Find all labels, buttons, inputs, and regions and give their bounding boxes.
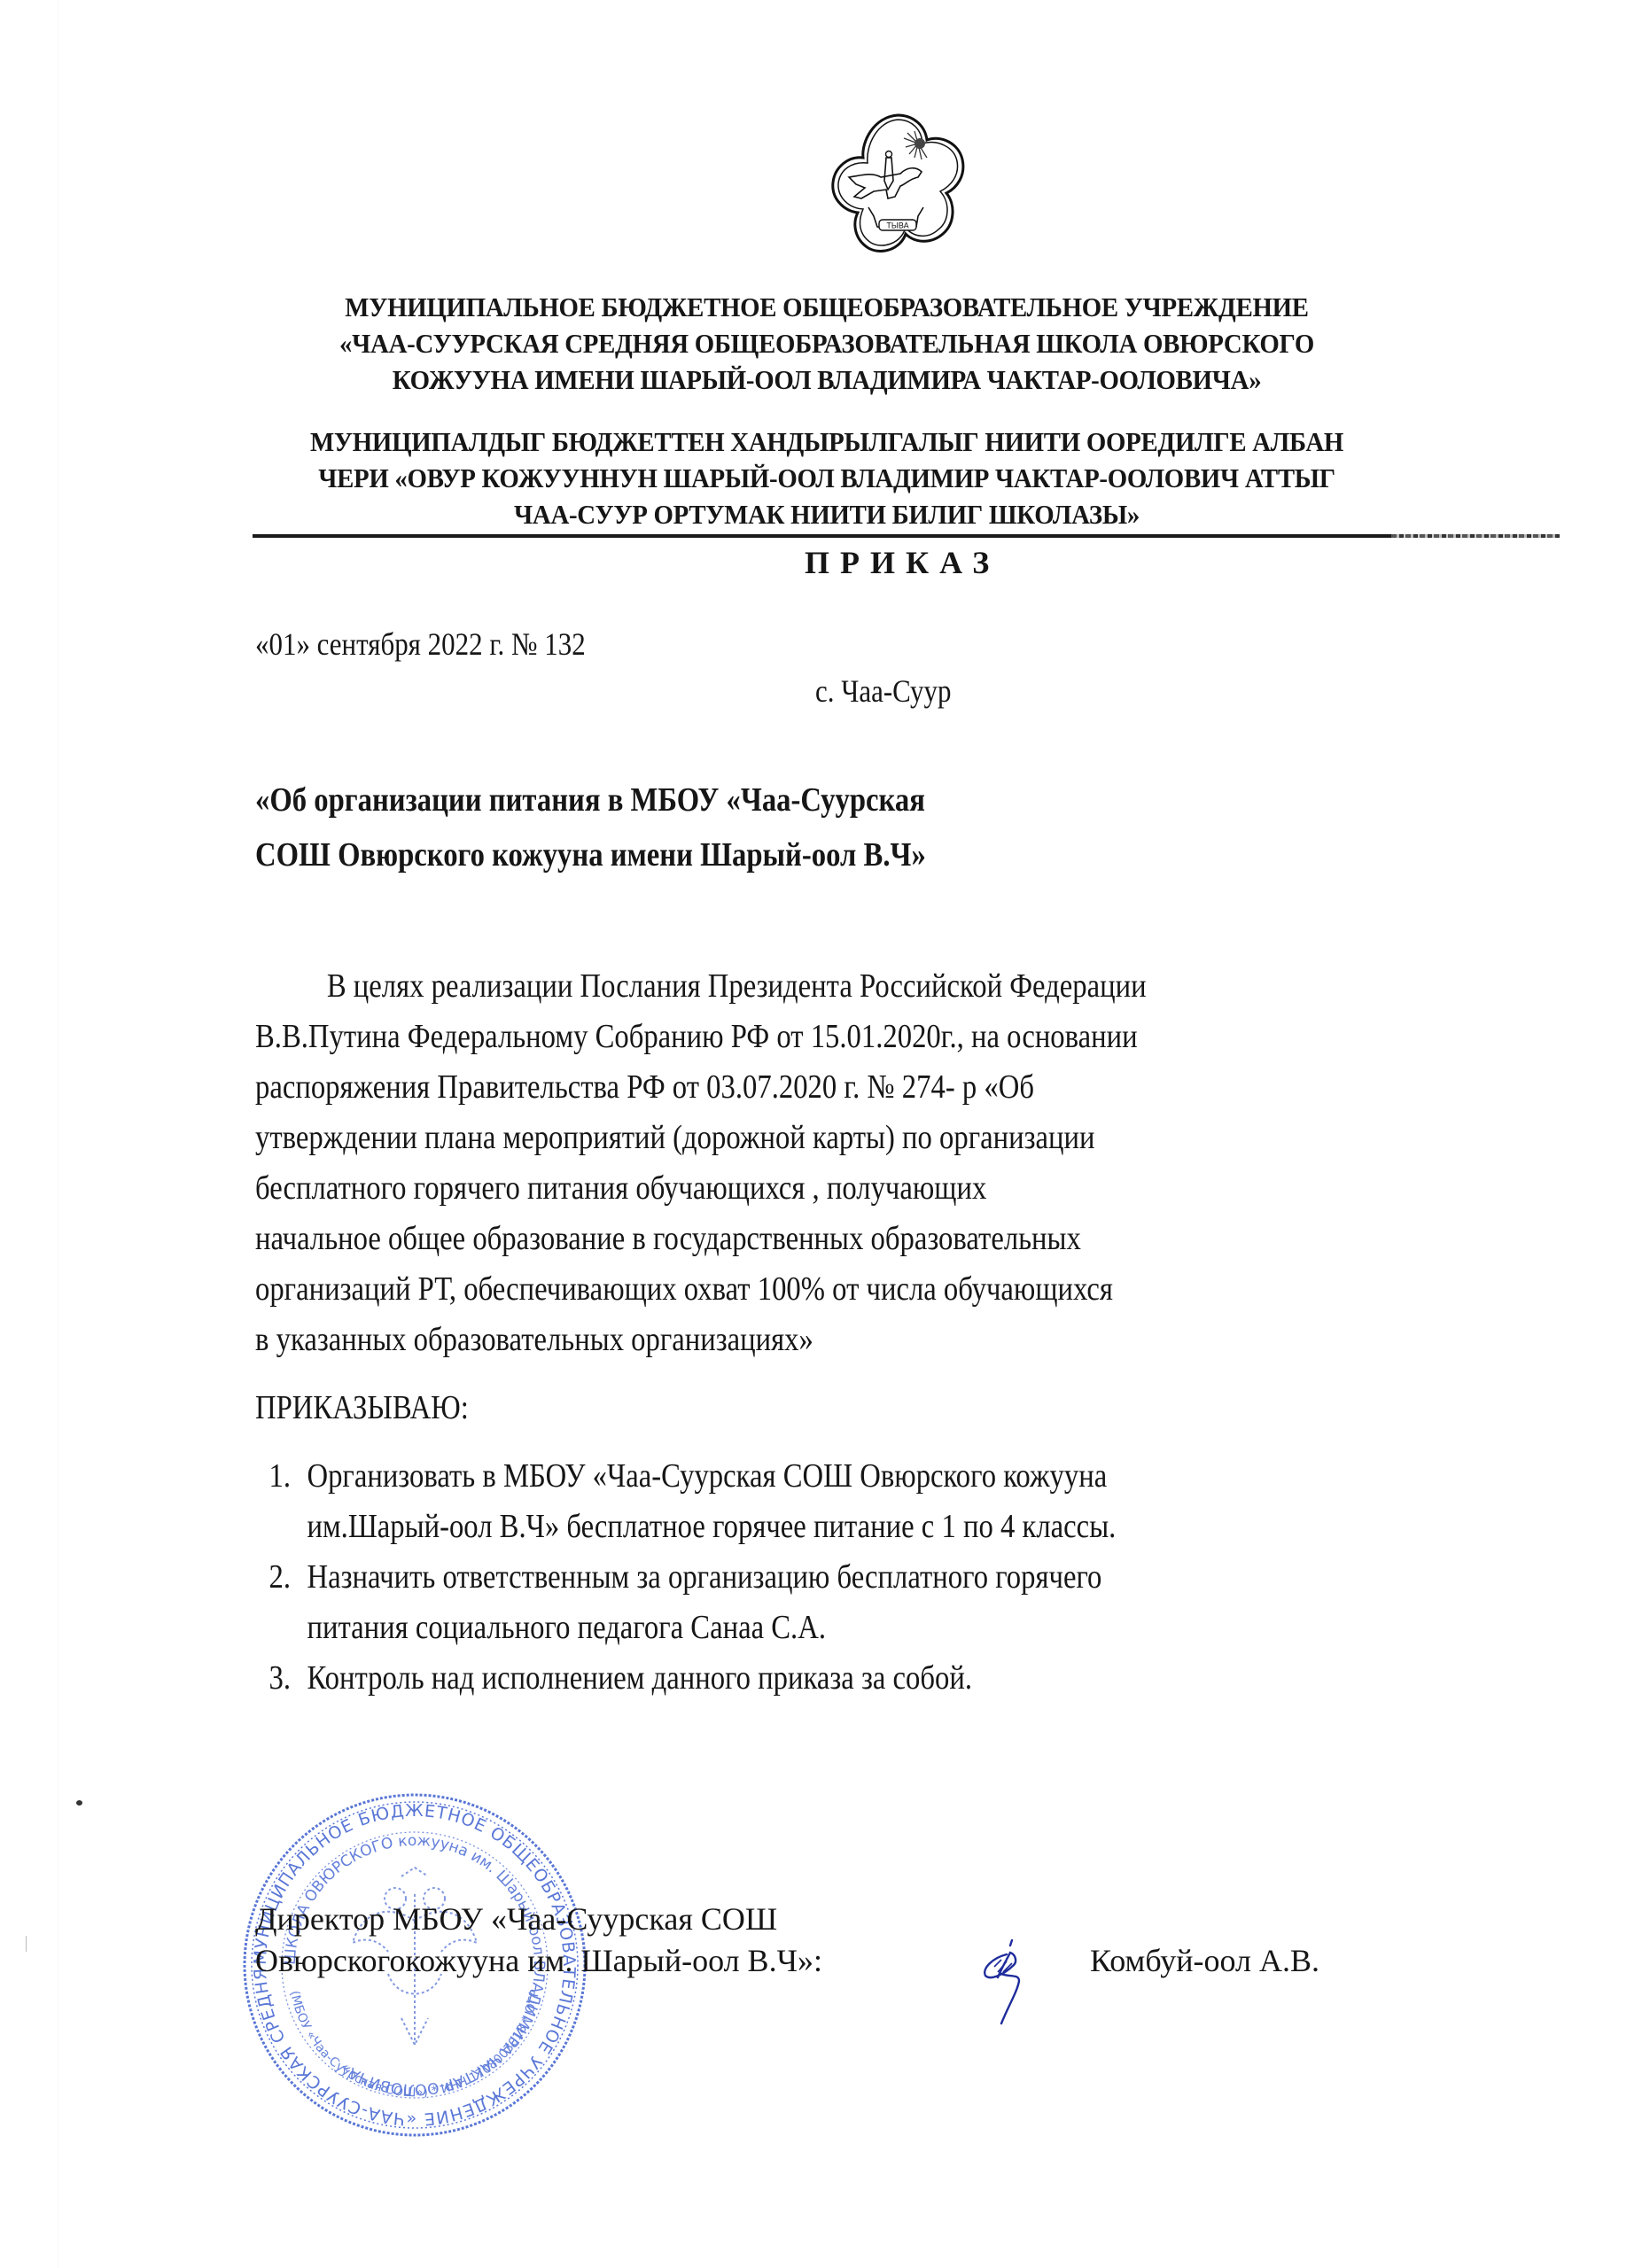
order-item-number: 2. xyxy=(269,1552,291,1603)
svg-text:ТЫВА: ТЫВА xyxy=(886,221,908,230)
tuva-coat-of-arms-icon: ТЫВА xyxy=(822,110,973,259)
scan-dust-artifact xyxy=(76,1800,82,1806)
header-ty-line-1: МУНИЦИПАЛДЫГ БЮДЖЕТТЕН ХАНДЫРЫЛГАЛЫГ НИИ… xyxy=(59,423,1594,460)
document-type-title: ПРИКАЗ xyxy=(805,542,1000,583)
order-place: с. Чаа-Суур xyxy=(815,672,951,711)
order-subject: «Об организации питания в МБОУ «Чаа-Суур… xyxy=(255,773,926,882)
header-ru-line-3: КОЖУУНА ИМЕНИ ШАРЫЙ-ООЛ ВЛАДИМИРА ЧАКТАР… xyxy=(59,361,1594,398)
preamble-line-4: утверждении плана мероприятий (дорожной … xyxy=(255,1113,1475,1163)
signatory-position-line-1: Директор МБОУ «Чаа-Суурская СОШ xyxy=(255,1899,822,1940)
order-items-list: 1. Организовать в МБОУ «Чаа-Суурская СОШ… xyxy=(255,1451,1475,1704)
order-date-number: «01» сентября 2022 г. № 132 xyxy=(255,625,586,664)
order-item-line: питания социального педагога Санаа С.А. xyxy=(307,1603,1475,1653)
signatory-name: Комбуй-оол А.В. xyxy=(1090,1940,1319,1982)
order-heading: ПРИКАЗЫВАЮ: xyxy=(255,1386,469,1429)
header-ty-line-3: ЧАА-СУУР ОРТУМАК НИИТИ БИЛИГ ШКОЛАЗЫ» xyxy=(59,496,1594,532)
preamble-line-3: распоряжения Правительства РФ от 03.07.2… xyxy=(255,1062,1475,1113)
signatory-position-line-2: Овюрскогокожууна им. Шарый-оол В.Ч»: xyxy=(255,1940,822,1982)
order-item-line: Организовать в МБОУ «Чаа-Суурская СОШ Ов… xyxy=(307,1451,1475,1502)
preamble-line-2: В.В.Путина Федеральному Собранию РФ от 1… xyxy=(255,1012,1475,1062)
preamble-line-7: организаций РТ, обеспечивающих охват 100… xyxy=(255,1264,1475,1315)
order-item: 2. Назначить ответственным за организаци… xyxy=(255,1552,1475,1653)
order-item-line: Контроль над исполнением данного приказа… xyxy=(307,1653,1475,1704)
order-item-line: Назначить ответственным за организацию б… xyxy=(307,1552,1475,1603)
header-ru-line-2: «ЧАА-СУУРСКАЯ СРЕДНЯЯ ОБЩЕОБРАЗОВАТЕЛЬНА… xyxy=(59,325,1594,361)
order-item-number: 3. xyxy=(269,1653,291,1704)
preamble-line-1: В целях реализации Послания Президента Р… xyxy=(255,961,1475,1012)
subject-line-1: «Об организации питания в МБОУ «Чаа-Суур… xyxy=(255,773,926,827)
order-item-line: им.Шарый-оол В.Ч» бесплатное горячее пит… xyxy=(307,1502,1475,1552)
preamble-line-8: в указанных образовательных организациях… xyxy=(255,1315,1475,1365)
institution-name-tuvan: МУНИЦИПАЛДЫГ БЮДЖЕТТЕН ХАНДЫРЫЛГАЛЫГ НИИ… xyxy=(59,423,1594,532)
subject-line-2: СОШ Овюрского кожууна имени Шарый-оол В.… xyxy=(255,827,926,882)
preamble-line-6: начальное общее образование в государств… xyxy=(255,1214,1475,1264)
header-ru-line-1: МУНИЦИПАЛЬНОЕ БЮДЖЕТНОЕ ОБЩЕОБРАЗОВАТЕЛЬ… xyxy=(59,289,1594,325)
scan-line-artifact xyxy=(58,0,58,2268)
order-item: 1. Организовать в МБОУ «Чаа-Суурская СОШ… xyxy=(255,1451,1475,1552)
scan-mark-artifact xyxy=(26,1936,30,1952)
handwritten-signature-icon xyxy=(975,1938,1037,2027)
institution-name-russian: МУНИЦИПАЛЬНОЕ БЮДЖЕТНОЕ ОБЩЕОБРАЗОВАТЕЛЬ… xyxy=(59,289,1594,398)
order-item: 3. Контроль над исполнением данного прик… xyxy=(255,1653,1475,1704)
header-ty-line-2: ЧЕРИ «ОВУР КОЖУУННУН ШАРЫЙ-ООЛ ВЛАДИМИР … xyxy=(59,460,1594,496)
signatory-position: Директор МБОУ «Чаа-Суурская СОШ Овюрског… xyxy=(255,1899,822,1982)
preamble-line-5: бесплатного горячего питания обучающихся… xyxy=(255,1163,1475,1214)
preamble-paragraph: В целях реализации Послания Президента Р… xyxy=(255,961,1475,1365)
order-item-number: 1. xyxy=(269,1451,291,1502)
header-divider xyxy=(253,534,1560,538)
header-divider-faded-end xyxy=(1391,534,1560,538)
